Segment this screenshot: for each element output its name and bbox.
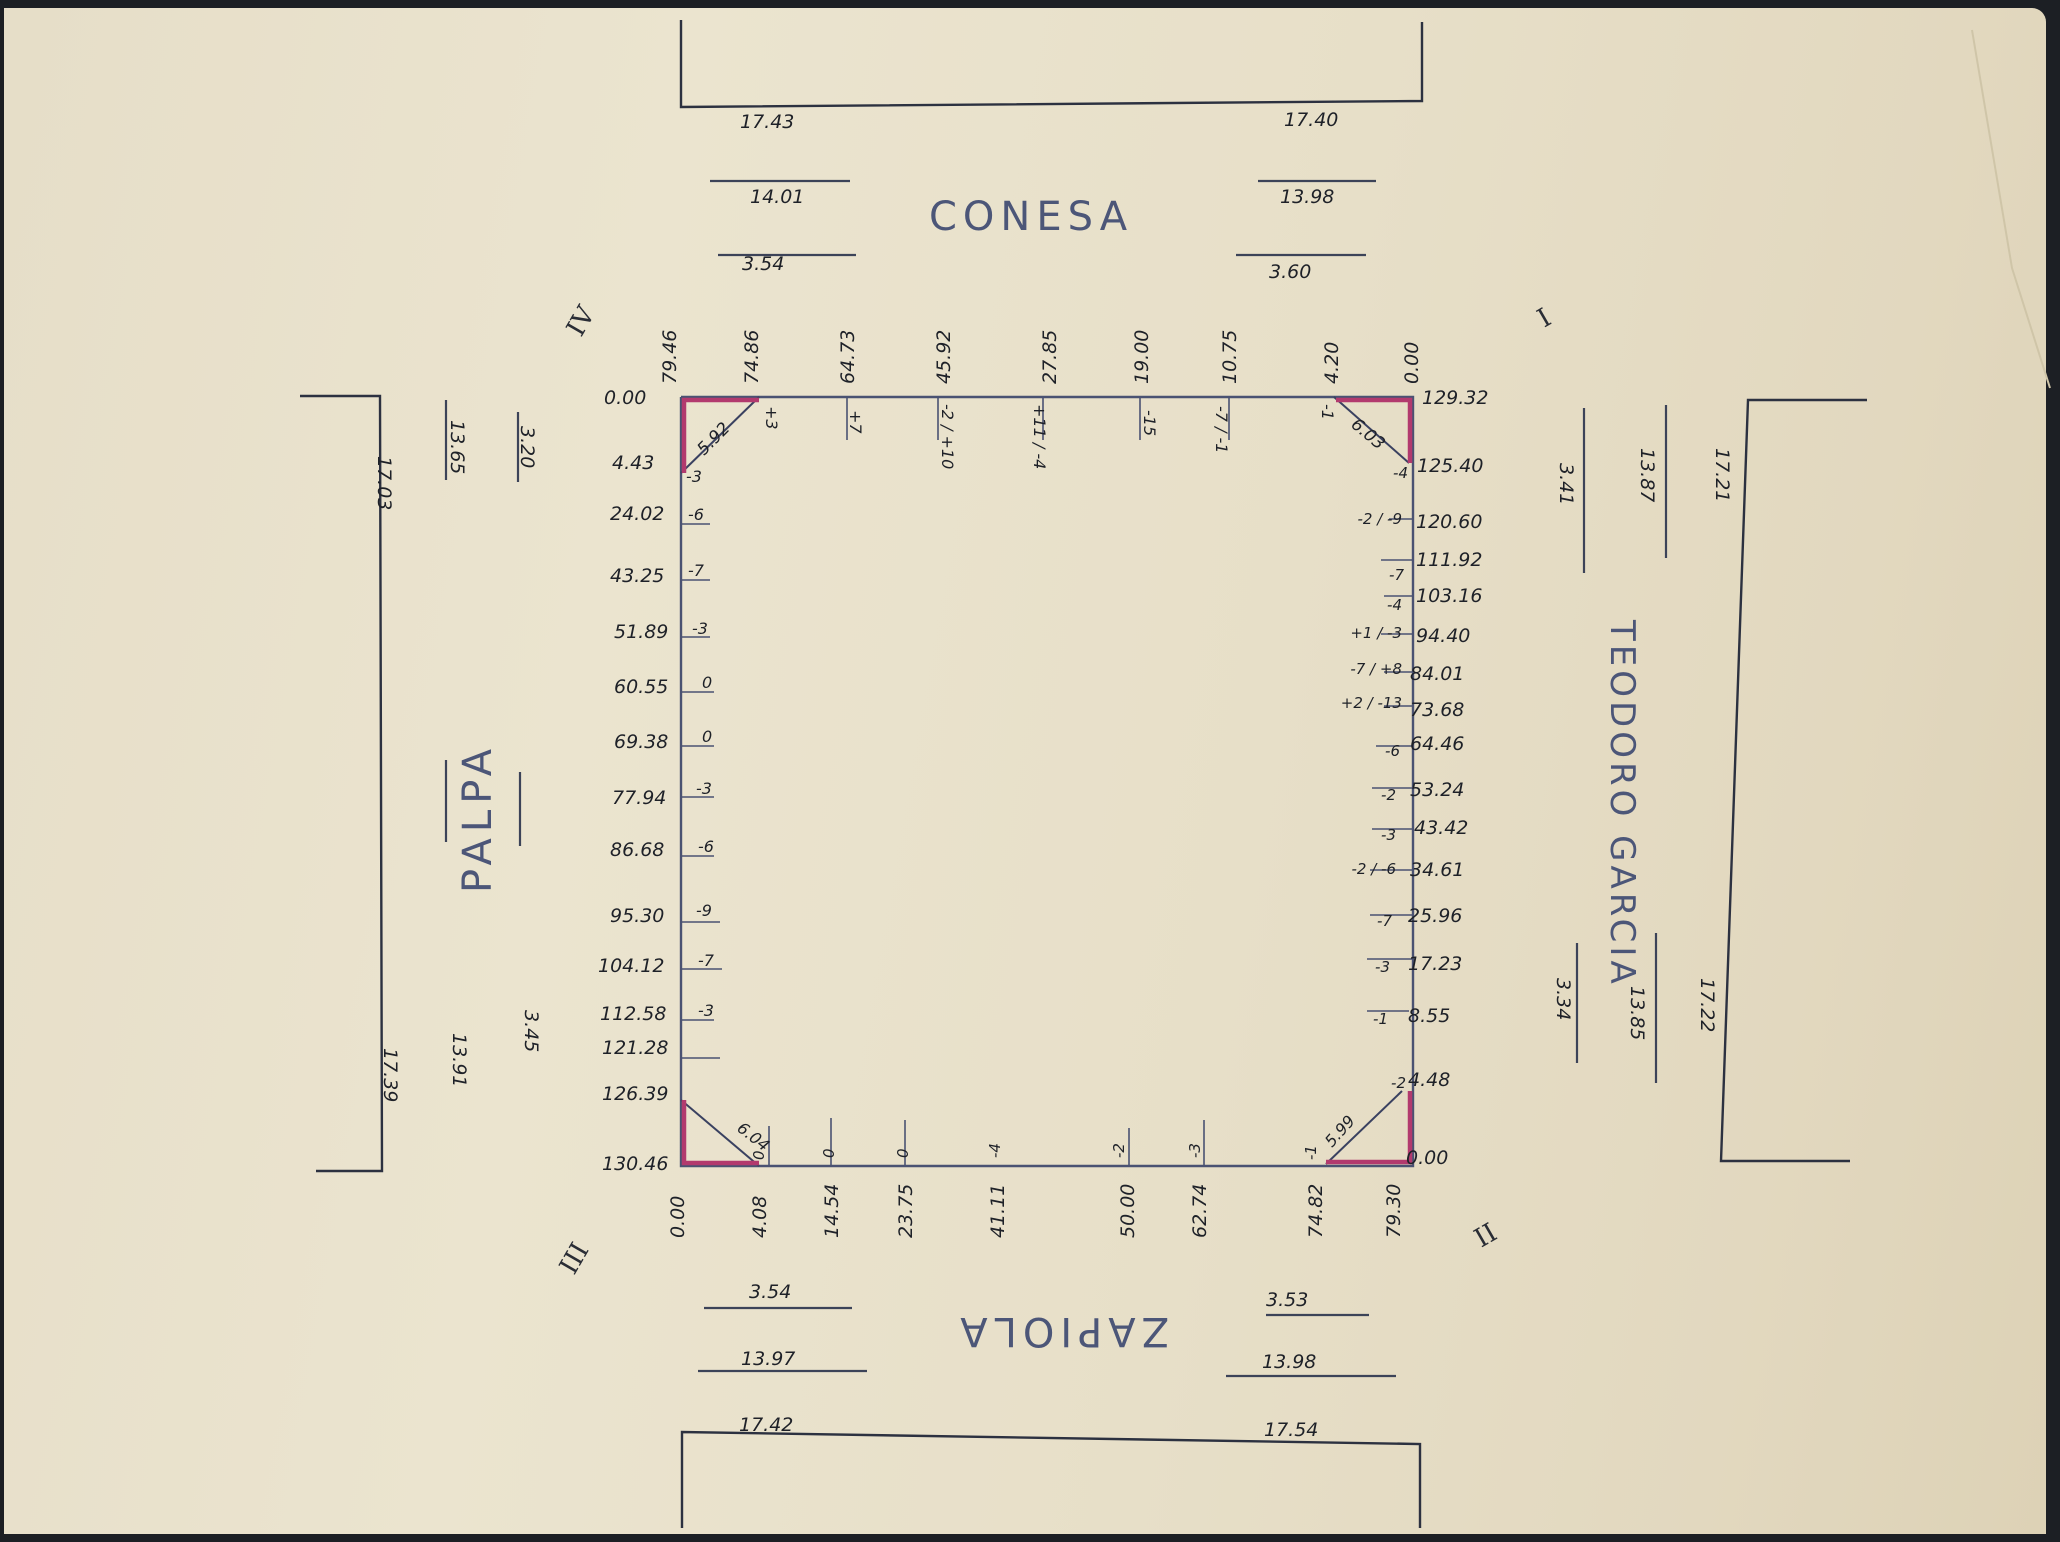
svg-text:34.61: 34.61 [1410,859,1464,881]
svg-text:25.96: 25.96 [1408,905,1462,927]
svg-text:13.98: 13.98 [1280,186,1334,208]
svg-text:3.54: 3.54 [742,253,784,275]
svg-text:43.42: 43.42 [1414,817,1468,839]
svg-text:0: 0 [702,673,712,692]
svg-text:73.68: 73.68 [1410,699,1464,721]
corner-marker-iii: III [554,1238,595,1280]
svg-text:111.92: 111.92 [1416,549,1482,571]
street-name-top: CONESA [929,194,1133,240]
svg-text:-3: -3 [1375,958,1390,976]
svg-text:4.20: 4.20 [1321,342,1343,384]
svg-text:+3: +3 [762,406,781,430]
svg-text:3.60: 3.60 [1269,261,1311,283]
svg-text:4.08: 4.08 [749,1196,771,1238]
frame-right [1721,400,1867,1161]
street-name-right: TEODORO GARCIA [1602,619,1642,988]
svg-text:-6: -6 [688,505,704,524]
svg-text:-2 / -9: -2 / -9 [1357,510,1402,528]
svg-text:79.46: 79.46 [659,330,681,384]
svg-text:3.53: 3.53 [1266,1289,1308,1311]
corner-marker-iv: IV [561,300,602,341]
svg-text:112.58: 112.58 [600,1003,666,1025]
svg-text:-1: -1 [1302,1145,1320,1160]
svg-text:60.55: 60.55 [614,676,668,698]
svg-text:+7: +7 [846,410,865,434]
svg-text:-7: -7 [688,561,705,580]
corner-marker-ii: II [1470,1218,1503,1254]
svg-text:0.00: 0.00 [604,387,646,409]
svg-text:0.00: 0.00 [1406,1147,1448,1169]
svg-text:17.03: 17.03 [373,456,395,510]
svg-text:-7: -7 [1377,912,1392,930]
svg-text:0.00: 0.00 [667,1196,689,1238]
svg-text:-7 / -1: -7 / -1 [1212,406,1231,453]
svg-text:17.43: 17.43 [740,111,794,133]
svg-text:4.48: 4.48 [1408,1069,1450,1091]
svg-text:-4: -4 [1387,596,1402,614]
svg-text:0: 0 [894,1148,912,1158]
svg-text:-3: -3 [698,1001,714,1020]
svg-text:-3: -3 [1381,826,1396,844]
bottom-edge-labels: 0.00 4.08 14.54 23.75 41.11 50.00 62.74 … [667,1143,1405,1238]
svg-text:51.89: 51.89 [614,621,668,643]
svg-text:17.23: 17.23 [1408,953,1462,975]
svg-text:3.41: 3.41 [1555,463,1577,505]
svg-text:+11 / -4: +11 / -4 [1030,404,1049,469]
svg-text:-3: -3 [686,467,702,486]
svg-text:0: 0 [750,1150,768,1160]
svg-text:-1: -1 [1373,1010,1388,1028]
svg-text:13.98: 13.98 [1262,1351,1316,1373]
svg-text:3.45: 3.45 [520,1010,542,1052]
corner-marker-i: I [1533,303,1557,334]
station-ticks [681,397,1413,1166]
svg-text:13.91: 13.91 [448,1033,470,1087]
left-edge-labels: 4.43 24.02 43.25 51.89 60.55 69.38 77.94… [598,452,773,1175]
svg-text:17.21: 17.21 [1711,448,1733,502]
svg-text:24.02: 24.02 [610,503,664,525]
svg-text:-4: -4 [1393,464,1408,482]
svg-text:17.42: 17.42 [739,1414,793,1436]
svg-text:0: 0 [820,1148,838,1158]
svg-text:17.22: 17.22 [1696,978,1718,1032]
svg-text:-9: -9 [696,901,712,920]
svg-text:+1 / -3: +1 / -3 [1350,624,1402,642]
svg-text:79.30: 79.30 [1383,1184,1405,1238]
svg-text:103.16: 103.16 [1416,585,1482,607]
svg-text:4.43: 4.43 [612,452,654,474]
svg-text:53.24: 53.24 [1410,779,1464,801]
frame-top [681,20,1422,107]
svg-text:5.99: 5.99 [1321,1111,1359,1150]
svg-text:6.03: 6.03 [1347,415,1389,455]
svg-text:-6: -6 [698,837,714,856]
lot-boundary [681,397,1413,1166]
svg-text:104.12: 104.12 [598,955,664,977]
svg-text:-6: -6 [1385,742,1400,760]
street-name-bottom: ZAPIOLA [954,1308,1169,1354]
svg-text:77.94: 77.94 [612,787,666,809]
svg-text:62.74: 62.74 [1189,1184,1211,1238]
svg-text:126.39: 126.39 [602,1083,668,1105]
svg-text:84.01: 84.01 [1410,663,1464,685]
svg-text:45.92: 45.92 [933,330,955,384]
svg-text:-1: -1 [1318,404,1337,420]
svg-text:-2: -2 [1381,786,1396,804]
svg-text:-2 / -6: -2 / -6 [1351,860,1396,878]
survey-drawing: CONESA ZAPIOLA PALPA TEODORO GARCIA IV I… [4,8,2060,1542]
svg-text:-3: -3 [1186,1143,1204,1158]
svg-text:74.82: 74.82 [1305,1184,1327,1238]
svg-text:-7: -7 [1389,566,1404,584]
svg-text:13.97: 13.97 [741,1348,795,1370]
svg-text:64.73: 64.73 [837,330,859,384]
svg-text:64.46: 64.46 [1410,733,1464,755]
svg-text:17.39: 17.39 [379,1048,401,1102]
frame-left [300,396,382,1171]
frame-bottom [682,1432,1420,1528]
svg-text:-2: -2 [1391,1074,1406,1092]
svg-text:0.00: 0.00 [1401,342,1423,384]
svg-text:-2 / +10: -2 / +10 [938,404,957,469]
paper-crease [1972,30,2050,388]
svg-text:14.01: 14.01 [750,186,804,208]
survey-sheet: CONESA ZAPIOLA PALPA TEODORO GARCIA IV I… [4,8,2046,1534]
svg-text:5.92: 5.92 [693,419,734,460]
svg-text:125.40: 125.40 [1417,455,1483,477]
street-name-left: PALPA [455,743,501,893]
svg-text:86.68: 86.68 [610,839,664,861]
svg-text:+2 / -13: +2 / -13 [1341,694,1402,712]
svg-text:41.11: 41.11 [987,1184,1009,1238]
svg-text:-2: -2 [1110,1143,1128,1158]
svg-text:50.00: 50.00 [1117,1184,1139,1238]
svg-text:-7: -7 [698,951,715,970]
svg-text:10.75: 10.75 [1219,330,1241,384]
svg-text:19.00: 19.00 [1131,330,1153,384]
svg-text:-15: -15 [1140,410,1159,436]
svg-text:95.30: 95.30 [610,905,664,927]
svg-text:121.28: 121.28 [602,1037,668,1059]
svg-text:69.38: 69.38 [614,731,668,753]
svg-text:3.54: 3.54 [749,1281,791,1303]
svg-text:130.46: 130.46 [602,1153,668,1175]
svg-text:120.60: 120.60 [1416,511,1482,533]
svg-text:23.75: 23.75 [895,1184,917,1238]
svg-text:43.25: 43.25 [610,565,664,587]
right-edge-labels: 129.32 125.40 120.60 111.92 103.16 94.40… [1321,387,1489,1169]
svg-text:13.87: 13.87 [1636,448,1658,502]
svg-text:-3: -3 [696,779,712,798]
svg-text:-4: -4 [986,1143,1004,1158]
svg-text:-3: -3 [692,619,708,638]
svg-text:13.65: 13.65 [446,420,468,474]
svg-text:17.54: 17.54 [1264,1419,1318,1441]
svg-text:13.85: 13.85 [1626,986,1648,1040]
svg-text:14.54: 14.54 [821,1184,843,1238]
svg-text:94.40: 94.40 [1416,625,1470,647]
svg-text:17.40: 17.40 [1284,109,1338,131]
svg-text:-7 / +8: -7 / +8 [1350,660,1402,678]
svg-text:129.32: 129.32 [1422,387,1488,409]
svg-text:3.20: 3.20 [516,426,538,468]
svg-text:74.86: 74.86 [741,330,763,384]
corner-highlights [684,400,1410,1163]
svg-text:0: 0 [702,727,712,746]
svg-text:27.85: 27.85 [1039,330,1061,384]
svg-text:8.55: 8.55 [1408,1005,1450,1027]
svg-text:3.34: 3.34 [1552,978,1574,1020]
